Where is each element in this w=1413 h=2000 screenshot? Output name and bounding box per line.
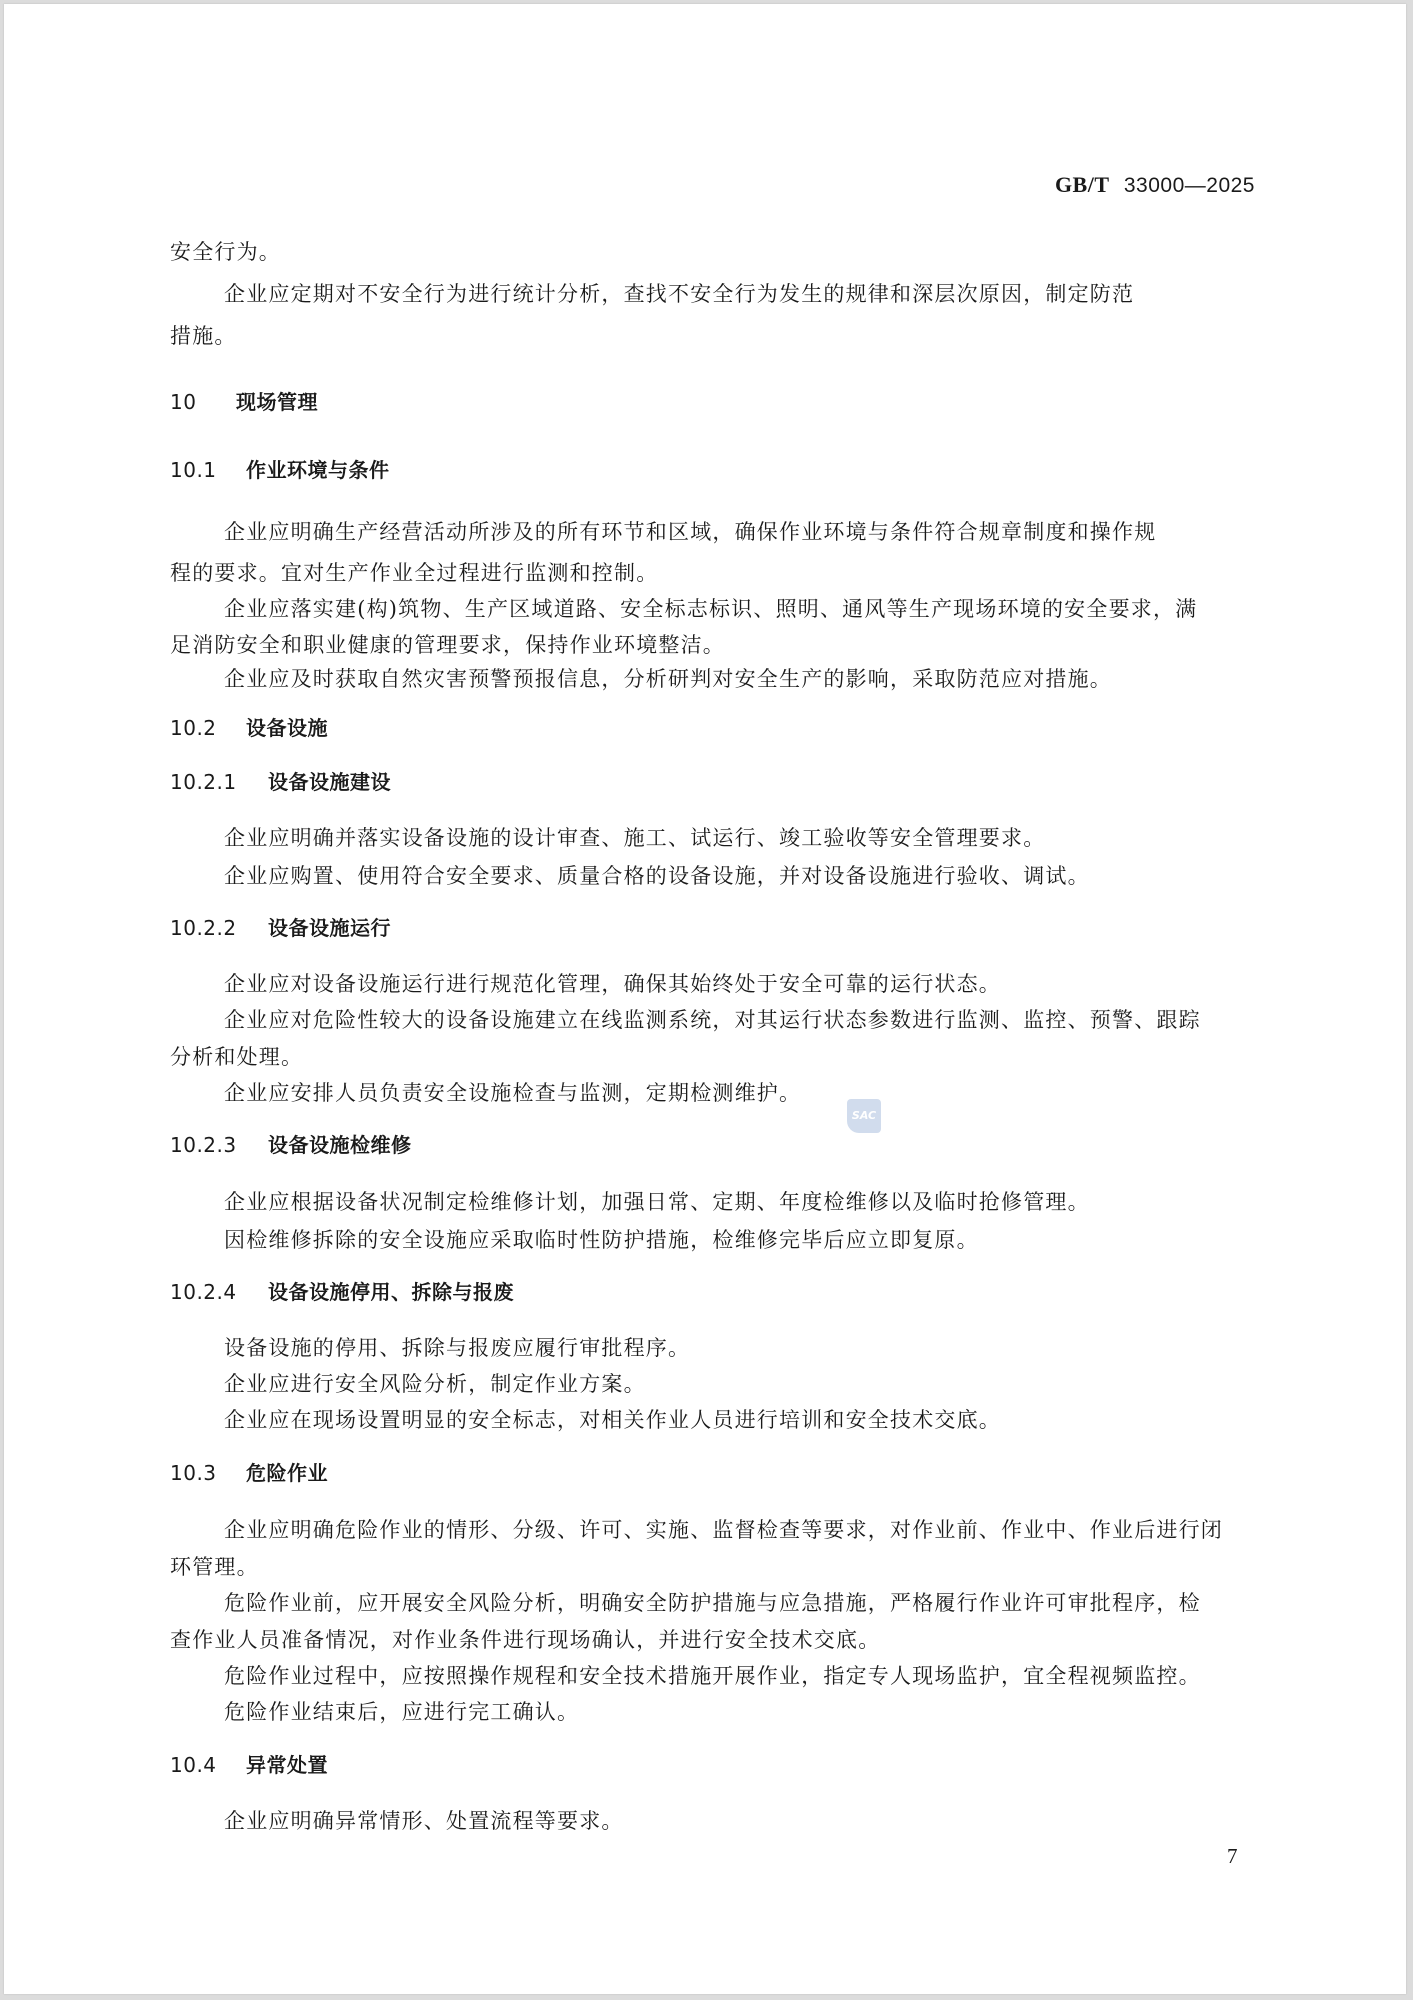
paragraph-line: 企业应安排人员负责安全设施检查与监测，定期检测维护。 <box>224 1077 801 1107</box>
section-number: 10.1 <box>170 458 246 482</box>
paragraph-line: 企业应对设备设施运行进行规范化管理，确保其始终处于安全可靠的运行状态。 <box>224 968 1001 998</box>
section-heading-10-2-4: 10.2.4设备设施停用、拆除与报废 <box>170 1276 514 1305</box>
paragraph-line: 企业应明确生产经营活动所涉及的所有环节和区域，确保作业环境与条件符合规章制度和操… <box>224 516 1156 546</box>
section-title: 现场管理 <box>236 390 318 414</box>
section-number: 10.3 <box>170 1461 246 1485</box>
paragraph-line: 查作业人员准备情况，对作业条件进行现场确认，并进行安全技术交底。 <box>170 1624 880 1654</box>
section-heading-10-2-2: 10.2.2设备设施运行 <box>170 912 391 941</box>
paragraph-line: 设备设施的停用、拆除与报废应履行审批程序。 <box>224 1332 690 1362</box>
section-title: 作业环境与条件 <box>246 458 390 482</box>
paragraph-line: 危险作业过程中，应按照操作规程和安全技术措施开展作业，指定专人现场监护，宜全程视… <box>224 1660 1201 1690</box>
standard-prefix: GB/T <box>1055 172 1110 197</box>
sac-watermark: SAC <box>847 1099 881 1133</box>
paragraph-line: 措施。 <box>170 320 237 350</box>
section-title: 设备设施检维修 <box>268 1133 412 1157</box>
section-number: 10.2.1 <box>170 770 268 794</box>
paragraph-line: 企业应进行安全风险分析，制定作业方案。 <box>224 1368 646 1398</box>
section-number: 10.2.4 <box>170 1280 268 1304</box>
paragraph-line: 企业应落实建(构)筑物、生产区域道路、安全标志标识、照明、通风等生产现场环境的安… <box>224 593 1197 623</box>
paragraph-line: 环管理。 <box>170 1551 259 1581</box>
paragraph-line: 危险作业结束后，应进行完工确认。 <box>224 1696 579 1726</box>
section-heading-10-2: 10.2设备设施 <box>170 712 328 741</box>
paragraph-line: 企业应对危险性较大的设备设施建立在线监测系统，对其运行状态参数进行监测、监控、预… <box>224 1004 1201 1034</box>
section-heading-10-1: 10.1作业环境与条件 <box>170 454 390 483</box>
section-title: 设备设施 <box>246 716 328 740</box>
section-number: 10.4 <box>170 1753 246 1777</box>
paragraph-line: 足消防安全和职业健康的管理要求，保持作业环境整洁。 <box>170 629 725 659</box>
paragraph-line: 分析和处理。 <box>170 1041 303 1071</box>
paragraph-line: 安全行为。 <box>170 236 281 266</box>
section-title: 异常处置 <box>246 1753 328 1777</box>
paragraph-line: 企业应及时获取自然灾害预警预报信息，分析研判对安全生产的影响，采取防范应对措施。 <box>224 663 1112 693</box>
section-number: 10.2.2 <box>170 916 268 940</box>
standard-identifier: GB/T 33000—2025 <box>1055 172 1255 198</box>
section-heading-10-2-3: 10.2.3设备设施检维修 <box>170 1129 412 1158</box>
page-number: 7 <box>1227 1844 1238 1869</box>
section-number: 10 <box>170 390 236 414</box>
paragraph-line: 企业应明确异常情形、处置流程等要求。 <box>224 1805 624 1835</box>
paragraph-line: 企业应定期对不安全行为进行统计分析，查找不安全行为发生的规律和深层次原因，制定防… <box>224 278 1134 308</box>
paragraph-line: 危险作业前，应开展安全风险分析，明确安全防护措施与应急措施，严格履行作业许可审批… <box>224 1587 1201 1617</box>
paragraph-line: 企业应购置、使用符合安全要求、质量合格的设备设施，并对设备设施进行验收、调试。 <box>224 860 1090 890</box>
section-title: 设备设施停用、拆除与报废 <box>268 1280 514 1304</box>
paragraph-line: 企业应根据设备状况制定检维修计划，加强日常、定期、年度检维修以及临时抢修管理。 <box>224 1186 1090 1216</box>
paragraph-line: 程的要求。宜对生产作业全过程进行监测和控制。 <box>170 557 658 587</box>
section-number: 10.2 <box>170 716 246 740</box>
section-heading-10-4: 10.4异常处置 <box>170 1749 328 1778</box>
paragraph-line: 企业应明确并落实设备设施的设计审查、施工、试运行、竣工验收等安全管理要求。 <box>224 822 1045 852</box>
paragraph-line: 企业应明确危险作业的情形、分级、许可、实施、监督检查等要求，对作业前、作业中、作… <box>224 1514 1223 1544</box>
document-page: GB/T 33000—2025 安全行为。 企业应定期对不安全行为进行统计分析，… <box>4 4 1406 1994</box>
section-heading-10-3: 10.3危险作业 <box>170 1457 328 1486</box>
section-heading-10-2-1: 10.2.1设备设施建设 <box>170 766 391 795</box>
section-heading-10: 10现场管理 <box>170 386 318 415</box>
section-title: 设备设施运行 <box>268 916 391 940</box>
paragraph-line: 因检维修拆除的安全设施应采取临时性防护措施，检维修完毕后应立即复原。 <box>224 1224 979 1254</box>
paragraph-line: 企业应在现场设置明显的安全标志，对相关作业人员进行培训和安全技术交底。 <box>224 1404 1001 1434</box>
section-title: 危险作业 <box>246 1461 328 1485</box>
standard-number: 33000—2025 <box>1124 174 1255 197</box>
section-number: 10.2.3 <box>170 1133 268 1157</box>
section-title: 设备设施建设 <box>268 770 391 794</box>
